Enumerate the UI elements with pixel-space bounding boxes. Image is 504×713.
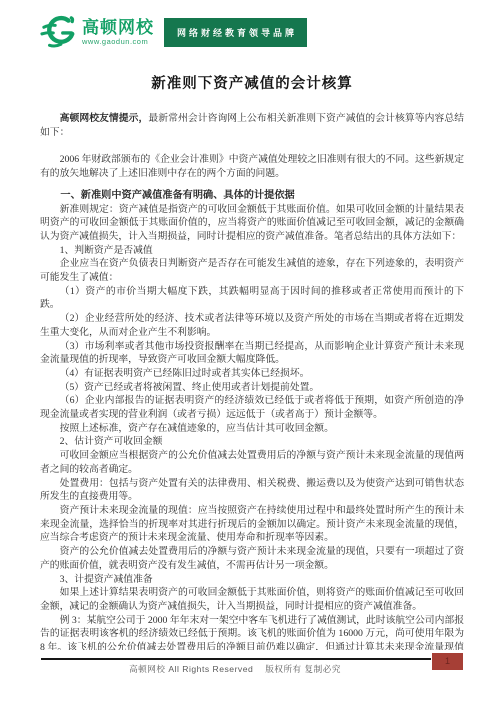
page-footer: 高顿网校 All Rights Reserved 版权所有 复制必究 1: [0, 650, 504, 713]
paragraph: 按照上述标准，资产存在减值迹象的，应当估计其可收回金额。: [40, 422, 464, 436]
paragraph: 可收回金额应当根据资产的公允价值减去处置费用后的净额与资产预计未来现金流量的现值…: [40, 449, 464, 476]
paragraph: 资产的公允价值减去处置费用后的净额与资产预计未来现金流量的现值，只要有一项超过了…: [40, 545, 464, 572]
gaodun-swirl-icon: [40, 14, 78, 50]
section-heading: 一、新准则中资产减值准备有明确、具体的计提依据: [40, 189, 464, 203]
paragraph: 如果上述计算结果表明资产的可收回金额低于其账面价值，则将资产的账面价值减记至可收…: [40, 586, 464, 613]
intro-paragraph: 高顿网校友情提示，最新常州会计咨询网上公布相关新准则下资产减值的会计核算等内容总…: [40, 112, 464, 139]
paragraph: 企业应当在资产负债表日判断资产是否存在可能发生减值的迹象，存在下列迹象的，表明资…: [40, 257, 464, 284]
paragraph: 2、估计资产可收回金额: [40, 435, 464, 449]
logo-text-block: 高顿网校 www.gaodun.com: [82, 19, 154, 46]
paragraph: （5）资产已经或者将被闲置、终止使用或者计划提前处置。: [40, 381, 464, 395]
page-title: 新准则下资产减值的会计核算: [0, 72, 504, 93]
paragraph: （2）企业经营所处的经济、技术或者法律等环境以及资产所处的市场在当期或者将在近期…: [40, 312, 464, 339]
paragraph: 3、计提资产减值准备: [40, 573, 464, 587]
logo-name: 高顿网校: [82, 19, 154, 36]
paragraph: （3）市场利率或者其他市场投资报酬率在当期已经提高，从而影响企业计算资产预计未来…: [40, 340, 464, 367]
paragraph: （1）资产的市价当期大幅度下跌，其跌幅明显高于因时间的推移或者正常使用而预计的下…: [40, 285, 464, 312]
paragraph: 2006 年财政部颁布的《企业会计准则》中资产减值处理较之旧准则有很大的不同。这…: [40, 153, 464, 180]
paragraph: 资产预计未来现金流量的现值：应当按照资产在持续使用过程中和最终处置时所产生的预计…: [40, 504, 464, 545]
paragraph: （6）企业内部报告的证据表明资产的经济绩效已经低于或者将低于预期，如资产所创造的…: [40, 394, 464, 421]
paragraph-list: 2006 年财政部颁布的《企业会计准则》中资产减值处理较之旧准则有很大的不同。这…: [40, 153, 464, 695]
paragraph: 1、判断资产是否减值: [40, 244, 464, 258]
gaodun-logo: 高顿网校 www.gaodun.com: [40, 14, 154, 50]
copyright-text: 高顿网校 All Rights Reserved 版权所有 复制必究: [0, 663, 470, 675]
paragraph: 处置费用：包括与资产处置有关的法律费用、相关税费、搬运费以及为使资产达到可销售状…: [40, 477, 464, 504]
page-number-badge: 1: [432, 653, 463, 670]
slogan-banner: 网络财经教育领导品牌: [164, 18, 307, 47]
intro-lead: 高顿网校友情提示，: [60, 113, 149, 124]
paragraph: 新准则规定：资产减值是指资产的可收回金额低于其账面价值。如果可收回金额的计量结果…: [40, 203, 464, 244]
footer-divider: [41, 658, 431, 660]
page-header: 高顿网校 www.gaodun.com 网络财经教育领导品牌: [40, 12, 464, 52]
document-page: 高顿网校 www.gaodun.com 网络财经教育领导品牌 新准则下资产减值的…: [0, 0, 504, 713]
paragraph: （4）有证据表明资产已经陈旧过时或者其实体已经损坏。: [40, 367, 464, 381]
logo-url: www.gaodun.com: [82, 38, 154, 46]
document-body: 高顿网校友情提示，最新常州会计咨询网上公布相关新准则下资产减值的会计核算等内容总…: [40, 112, 464, 696]
